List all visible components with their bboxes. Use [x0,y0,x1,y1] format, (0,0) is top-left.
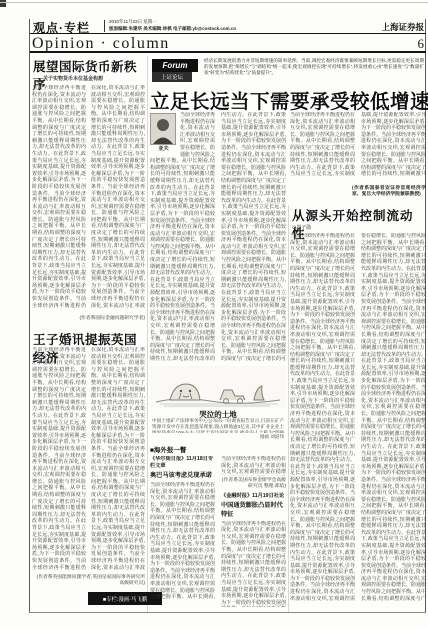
left-article1-subtitle: ——关于实物货币本位基金构想 [33,75,145,82]
masthead-rule-top [30,33,426,34]
page-border-bottom [29,612,426,613]
right-article-body: 当前全球经济再平衡进程仍在深化,资本流动与汇率波动相互交织,宏观调控需要在稳增长… [290,233,426,607]
newspaper-page: 观点·专栏 2010年11月22日 星期一 版面编辑:朱建华 美术编辑:林枫 电… [0,0,428,627]
forum-headline: 立足长远当下需要承受较低增速 [150,86,426,114]
overseas-item1-credit: (作者系美国布鲁金斯学会高级研究员 整理:郑焰) [221,478,286,490]
scan-edge-line [0,2,428,3]
left-article2-body: 当前全球经济再平衡进程仍在深化,资本流动与汇率波动相互交织,宏观调控需要在稳增长… [32,347,145,573]
overseas-item1-title: 奥巴马该考虑兑现承诺 [150,472,215,480]
right-article-byline: ⊙周子勋 [292,224,311,231]
forum-kicker-en: Forum [152,59,198,72]
overseas-section-title: ■海外报一瞥 [150,445,186,454]
overseas-item2-source: 《金融时报》11月19日社论 [221,493,286,500]
masthead-divider [104,20,105,32]
page-number: 6 [404,36,424,52]
masthead-rule-bottom [30,51,426,53]
author-photo [150,113,176,145]
overseas-item2-body: 当前全球经济再平衡进程仍在深化,资本流动与汇率波动相互交织,宏观调控需要在稳增长… [221,521,286,607]
forum-author-bio: (作者系国泰君安证券首席经济学家、复旦大学经济学院兼职教授) [352,186,426,198]
forum-body-right: 当前全球经济再平衡进程仍在深化,资本流动与汇率波动相互交织,宏观调控需要在稳增长… [290,112,426,184]
overseas-col-right: 当前全球经济再平衡进程仍在深化,资本流动与汇率波动相互交织,宏观调控需要在稳增长… [221,456,286,610]
forum-body-left: 亚夫 当前全球经济再平衡进程仍在深化,资本流动与汇率波动相互交织,宏观调控需要在… [150,112,286,364]
cartoon-image [150,366,286,408]
cartoon-caption: 中国土地矿产法律事务中心公布的一份调查报告显示,目前在矿产资源开发中存在乱挖滥采… [152,418,284,433]
page-border-left [29,19,30,613]
overseas-item2-title: 中国通货膨胀凸显时代特征 [221,502,286,518]
overseas-item1-source: 《华尔街日报》11月18日专栏文章 [150,456,215,470]
author-photo-block: 亚夫 [150,113,177,153]
author-name: 亚夫 [150,146,177,153]
column-divider-right [288,205,289,612]
left-article2-credit: (作者系英国能源问题学者,英国皇家国际事务研究所高级研究员) [32,575,145,587]
forum-kicker-cn: 上证论坛 [152,72,192,82]
masthead-paper-name: 上海证券报 [378,21,424,33]
overseas-item1-body-left: 当前全球经济再平衡进程仍在深化,资本流动与汇率波动相互交织,宏观调控需要在稳增长… [150,482,215,600]
left-article1-body: 当前全球经济再平衡进程仍在深化,资本流动与汇率波动相互交织,宏观调控需要在稳增长… [32,85,145,314]
overseas-col-left: 《华尔街日报》11月18日专栏文章 奥巴马该考虑兑现承诺 当前全球经济再平衡进程… [150,456,215,610]
forum-lead: 经济长期发展的潜力并非短期增速的简单延伸。当前,调控宏观经济既要兼顾短期增长目标… [204,58,424,85]
left-article1-credit: (作者系国际金融问题研究学者) [32,316,145,322]
masthead-info: 2010年11月22日 星期一 版面编辑:朱建华 美术编辑:林枫 电子邮箱:yb… [109,19,279,32]
overseas-item1-body-right: 当前全球经济再平衡进程仍在深化,资本流动与汇率波动相互交织,宏观调控需要在稳增长… [221,456,286,476]
cartoon-credit: 漫画 刘道伟 [152,434,284,440]
masthead-edit-line: 版面编辑:朱建华 美术编辑:林枫 电子邮箱:yb@cnstock.com.cn [109,26,279,33]
